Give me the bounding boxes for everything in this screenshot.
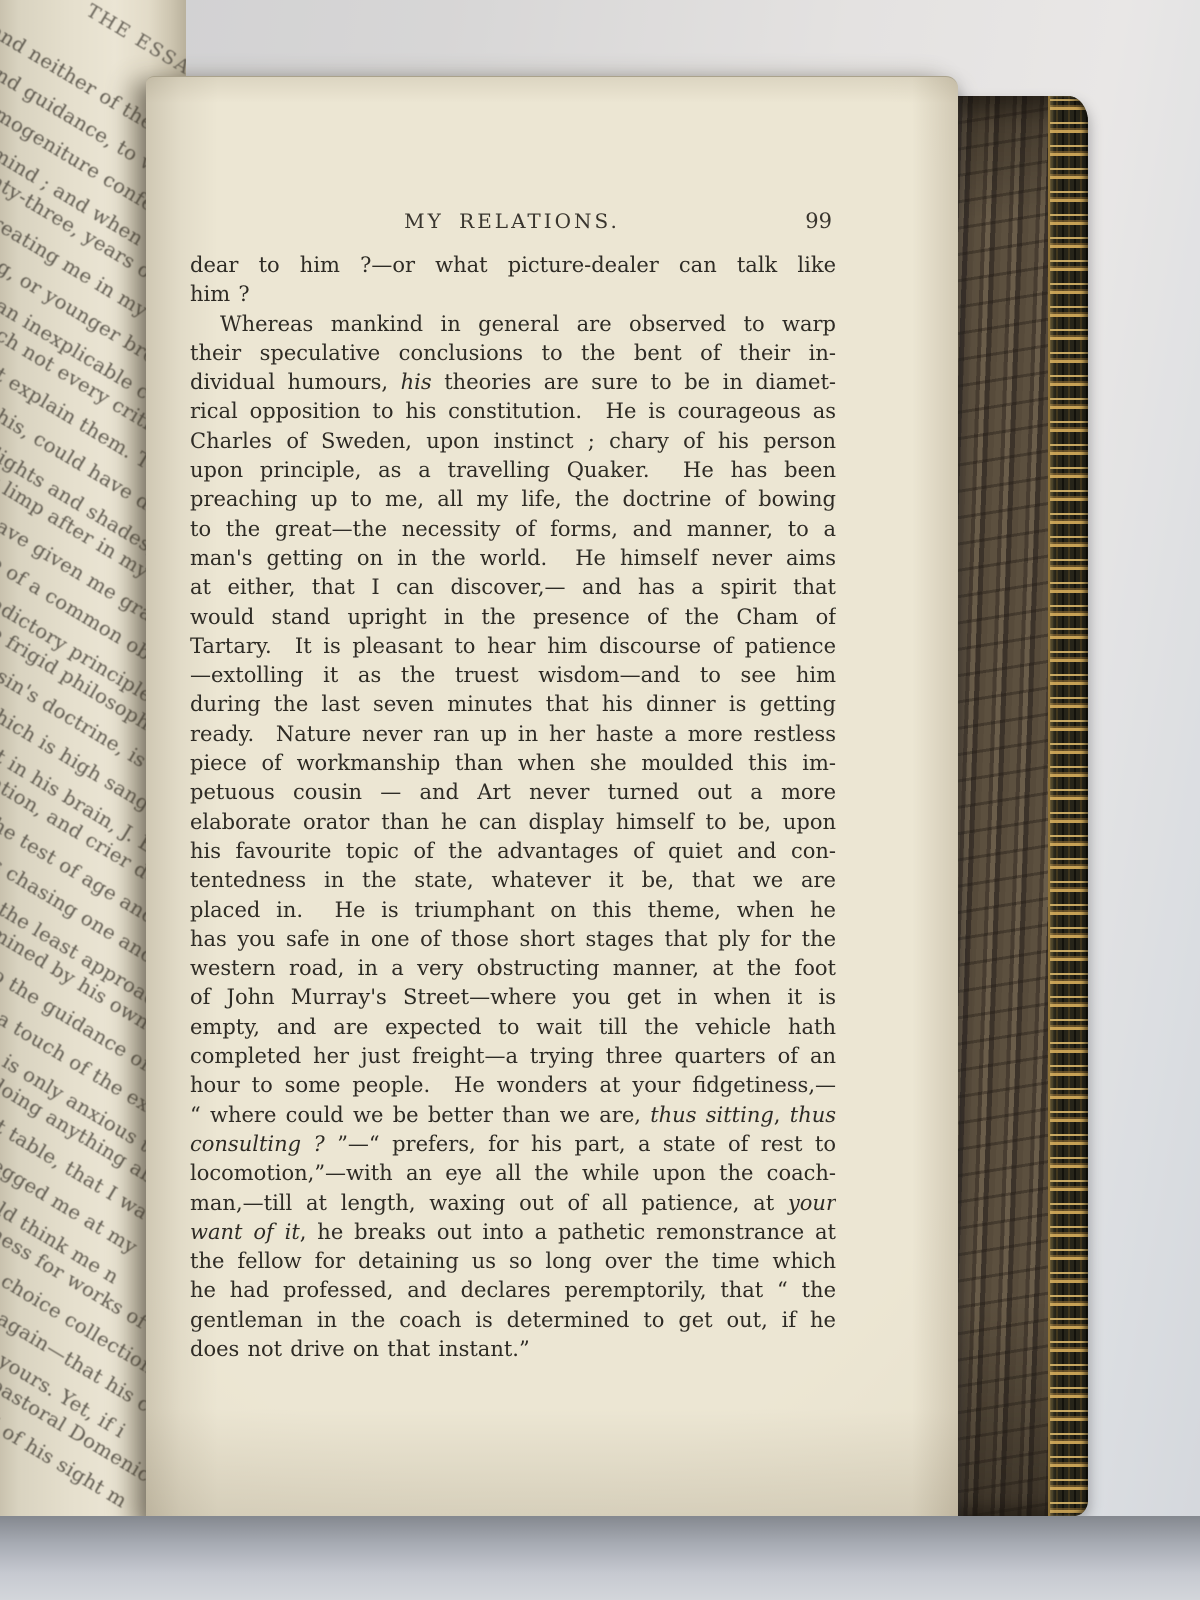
text-line: consulting ? ”—“ prefers, for his part, … [190, 1130, 836, 1159]
text: would stand upright in the presence of t… [190, 605, 836, 629]
italic-text: consulting ? [190, 1132, 325, 1156]
text: dear to him ?—or what picture-dealer can… [190, 253, 836, 277]
italic-text: your [788, 1191, 836, 1215]
text-line: western road, in a very obstructing mann… [190, 954, 836, 983]
text-line: want of it, he breaks out into a patheti… [190, 1218, 836, 1247]
text-line: man,—till at length, waxing out of all p… [190, 1189, 836, 1218]
text-line: dear to him ?—or what picture-dealer can… [190, 251, 836, 280]
text: piece of workmanship than when she mould… [190, 751, 836, 775]
text-line: —extolling it as the truest wisdom—and t… [190, 661, 836, 690]
text-line: at either, that I can discover,— and has… [190, 573, 836, 602]
text-line: placed in. He is triumphant on this them… [190, 896, 836, 925]
text-line: “ where could we be better than we are, … [190, 1101, 836, 1130]
text-line: tentedness in the state, whatever it be,… [190, 866, 836, 895]
text: placed in. He is triumphant on this them… [190, 898, 836, 922]
running-title: MY RELATIONS. [190, 209, 834, 233]
text-line: gentleman in the coach is determined to … [190, 1306, 836, 1335]
text: the fellow for detaining us so long over… [190, 1249, 836, 1273]
right-page: MY RELATIONS. 99 dear to him ?—or what p… [146, 76, 958, 1524]
text: he had professed, and declares peremptor… [190, 1278, 836, 1302]
text-line: piece of workmanship than when she mould… [190, 749, 836, 778]
text: ”—“ prefers, for his part, a state of re… [325, 1132, 836, 1156]
text: elaborate orator than he can display him… [190, 810, 836, 834]
text-line: his favourite topic of the advantages of… [190, 837, 836, 866]
text-line: their speculative conclusions to the ben… [190, 339, 836, 368]
text: —extolling it as the truest wisdom—and t… [190, 663, 836, 687]
text: “ where could we be better than we are, [190, 1103, 650, 1127]
text: tentedness in the state, whatever it be,… [190, 868, 836, 892]
text: upon principle, as a travelling Quaker. … [190, 458, 836, 482]
italic-text: his [401, 370, 432, 394]
text: hour to some people. He wonders at your … [190, 1073, 836, 1097]
text: , [774, 1103, 790, 1127]
text-line: empty, and are expected to wait till the… [190, 1013, 836, 1042]
text-line: preaching up to me, all my life, the doc… [190, 485, 836, 514]
text-line: ready. Nature never ran up in her haste … [190, 720, 836, 749]
text-line: man's getting on in the world. He himsel… [190, 544, 836, 573]
text: his favourite topic of the advantages of… [190, 839, 836, 863]
text: rical opposition to his constitution. He… [190, 399, 836, 423]
gilt-tooled-border [1048, 96, 1088, 1516]
text: locomotion,”—with an eye all the while u… [190, 1161, 836, 1185]
text: has you safe in one of those short stage… [190, 927, 836, 951]
text: does not drive on that instant.” [190, 1337, 530, 1361]
text-line: Tartary. It is pleasant to hear him disc… [190, 632, 836, 661]
text: him ? [190, 282, 250, 306]
text-line: completed her just freight—a trying thre… [190, 1042, 836, 1071]
text: ready. Nature never ran up in her haste … [190, 722, 836, 746]
text-line: during the last seven minutes that his d… [190, 690, 836, 719]
text: gentleman in the coach is determined to … [190, 1308, 836, 1332]
text: dividual humours, [190, 370, 401, 394]
text: completed her just freight—a trying thre… [190, 1044, 836, 1068]
text-line: upon principle, as a travelling Quaker. … [190, 456, 836, 485]
text: , he breaks out into a pathetic remonstr… [300, 1220, 836, 1244]
italic-text: want of it [190, 1220, 300, 1244]
text: Whereas mankind in general are observed … [220, 312, 836, 336]
text: Charles of Sweden, upon instinct ; chary… [190, 429, 836, 453]
text-line: him ? [190, 280, 836, 309]
text: their speculative conclusions to the ben… [190, 341, 836, 365]
text: to the great—the necessity of forms, and… [190, 517, 836, 541]
text-line: to the great—the necessity of forms, and… [190, 515, 836, 544]
text: during the last seven minutes that his d… [190, 692, 836, 716]
text-line: hour to some people. He wonders at your … [190, 1071, 836, 1100]
text-line: dividual humours, his theories are sure … [190, 368, 836, 397]
italic-text: thus [790, 1103, 836, 1127]
table-shadow [0, 1516, 1200, 1600]
text-line: petuous cousin — and Art never turned ou… [190, 778, 836, 807]
text: at either, that I can discover,— and has… [190, 575, 836, 599]
text: preaching up to me, all my life, the doc… [190, 487, 836, 511]
text: of John Murray's Street—where you get in… [190, 985, 836, 1009]
text: petuous cousin — and Art never turned ou… [190, 780, 836, 804]
text: theories are sure to be in diamet- [432, 370, 836, 394]
page-header: MY RELATIONS. 99 [190, 209, 834, 239]
text-line: would stand upright in the presence of t… [190, 603, 836, 632]
text-line: rical opposition to his constitution. He… [190, 397, 836, 426]
text: empty, and are expected to wait till the… [190, 1015, 836, 1039]
text-line: Whereas mankind in general are observed … [190, 310, 836, 339]
text-line: of John Murray's Street—where you get in… [190, 983, 836, 1012]
text-line: locomotion,”—with an eye all the while u… [190, 1159, 836, 1188]
text-line: Charles of Sweden, upon instinct ; chary… [190, 427, 836, 456]
book-photo: THE ESSAYS Oand neither of them seand gu… [0, 0, 1200, 1600]
page-number: 99 [805, 209, 832, 233]
text-line: the fellow for detaining us so long over… [190, 1247, 836, 1276]
italic-text: thus sitting [650, 1103, 774, 1127]
text-line: does not drive on that instant.” [190, 1335, 836, 1364]
text-line: has you safe in one of those short stage… [190, 925, 836, 954]
body-text: dear to him ?—or what picture-dealer can… [190, 251, 836, 1364]
text: western road, in a very obstructing mann… [190, 956, 836, 980]
text: man,—till at length, waxing out of all p… [190, 1191, 788, 1215]
text-line: elaborate orator than he can display him… [190, 808, 836, 837]
text: man's getting on in the world. He himsel… [190, 546, 836, 570]
text-line: he had professed, and declares peremptor… [190, 1276, 836, 1305]
text: Tartary. It is pleasant to hear him disc… [190, 634, 836, 658]
book-cover-fore-edge [952, 96, 1088, 1516]
